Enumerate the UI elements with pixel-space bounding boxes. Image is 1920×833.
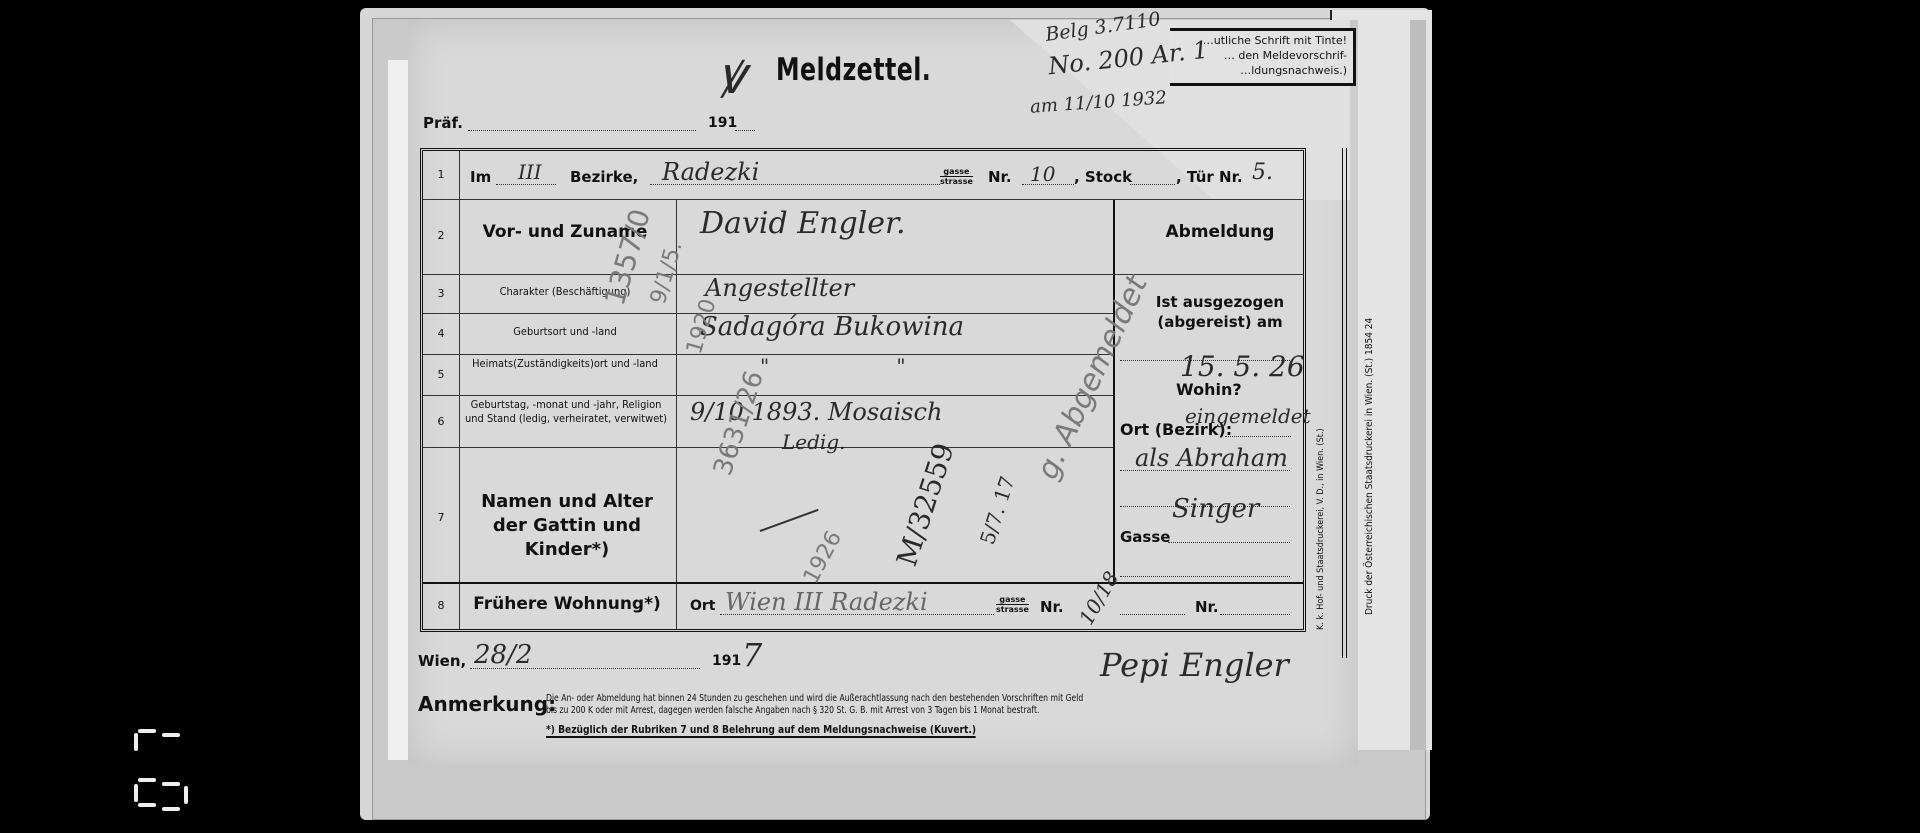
- street-type-fraction: gassestrasse: [940, 166, 973, 186]
- city-label: Wien,: [418, 652, 466, 670]
- nr-value: 10: [1030, 162, 1055, 186]
- ort-bezirk-dotline: [1225, 436, 1291, 437]
- gasse-dotline: [1168, 542, 1290, 543]
- ort-value: Wien III Radezki: [725, 588, 928, 616]
- label-birthdate-religion: Geburtstag, -monat und -jahr, Religion u…: [462, 398, 670, 426]
- abmeldung-nr-label: Nr.: [1195, 598, 1219, 616]
- value-occupation: Angestellter: [705, 274, 854, 302]
- sheet-edge: [1410, 20, 1426, 750]
- gasse-label: Gasse: [1120, 528, 1170, 546]
- ort-label: Ort: [690, 598, 716, 614]
- frame-counter: [130, 725, 190, 815]
- praes-year: 191: [708, 115, 737, 131]
- signature: Pepi Engler: [1100, 646, 1289, 684]
- praes-label: Präf.: [423, 114, 463, 132]
- im-label: Im: [470, 168, 491, 186]
- row8-nr-label: Nr.: [1040, 598, 1064, 616]
- row-number: 3: [426, 287, 456, 300]
- stock-dotline: [1130, 184, 1175, 185]
- stock-label: , Stock: [1074, 168, 1132, 186]
- value-birthplace: Sadagóra Bukowina: [700, 312, 964, 342]
- value-name: David Engler.: [700, 206, 906, 241]
- left-paper-strip: [388, 60, 410, 760]
- notice-line: …ldungsnachweis.): [1180, 63, 1347, 78]
- abm-nr-dotline-2: [1220, 614, 1290, 615]
- printer-mark-inner: K. k. Hof- und Staatsdruckerei, V. D., i…: [1316, 428, 1326, 630]
- tuer-value: 5.: [1252, 160, 1273, 185]
- value-home-town: " ": [760, 354, 906, 378]
- printer-mark-outer: Druck der Österreichischen Staatsdrucker…: [1364, 318, 1375, 615]
- printer-border-line: [1342, 148, 1347, 658]
- district-value: III: [518, 160, 542, 184]
- value-marital-status: Ledig.: [782, 430, 845, 454]
- nr-dotline: [1022, 184, 1074, 185]
- label-spouse-children: Namen und Alter der Gattin und Kinder*): [462, 490, 672, 562]
- tuer-label: , Tür Nr.: [1176, 168, 1243, 186]
- abmeldung-moved-date: 15. 5. 26: [1180, 350, 1305, 383]
- abmeldung-ort-value-2: als Abraham: [1135, 444, 1288, 472]
- district-dotline: [496, 184, 556, 185]
- row-number: 8: [426, 599, 456, 612]
- anmerkung-text-1: Die An- oder Abmeldung hat binnen 24 Stu…: [546, 693, 1083, 705]
- gasse-value: Singer: [1172, 494, 1259, 524]
- anmerkung-label: Anmerkung:: [418, 692, 556, 716]
- row-number: 7: [426, 511, 456, 524]
- abmeldung-header: Abmeldung: [1140, 222, 1300, 242]
- praes-dotline: [468, 130, 696, 131]
- label-birthplace: Geburtsort und -land: [460, 325, 670, 338]
- anmerkung-text-2: bis zu 200 K oder mit Arrest, dagegen we…: [546, 705, 1039, 717]
- abmeldung-moved-label: Ist ausgezogen (abgereist) am: [1140, 292, 1300, 332]
- footnote: *) Bezüglich der Rubriken 7 und 8 Belehr…: [546, 723, 976, 738]
- abmeldung-ort-value-1: eingemeldet: [1185, 404, 1311, 428]
- row8-street-type-fraction: gassestrasse: [996, 594, 1029, 614]
- label-previous-residence: Frühere Wohnung*): [462, 594, 672, 614]
- year-prefix: 191: [712, 653, 741, 669]
- ort-dotline: [720, 614, 994, 615]
- page-title: Meldzettel.: [776, 52, 931, 88]
- nr-label: Nr.: [988, 168, 1012, 186]
- date-dotline: [470, 668, 700, 669]
- row-number: 6: [426, 415, 456, 428]
- street-value: Radezki: [662, 158, 759, 186]
- date-value: 28/2: [474, 640, 532, 670]
- row-number: 2: [426, 229, 456, 242]
- ort-dotline-2: [1120, 470, 1290, 471]
- gasse-dotline-2: [1120, 576, 1290, 577]
- row-number: 4: [426, 327, 456, 340]
- year-suffix: 7: [742, 636, 762, 674]
- label-home-town: Heimats(Zuständigkeits)ort und -land: [465, 357, 665, 370]
- street-dotline: [650, 184, 940, 185]
- title-initial-mark: ꝟ: [718, 38, 744, 109]
- bezirke-label: Bezirke,: [570, 168, 638, 186]
- abm-nr-dotline-1: [1120, 614, 1185, 615]
- label-occupation: Charakter (Beschäftigung): [460, 285, 670, 298]
- row-number: 5: [426, 368, 456, 381]
- wohin-label: Wohin?: [1176, 380, 1242, 399]
- row-number: 1: [426, 168, 456, 181]
- praes-year-dotline: [735, 130, 755, 131]
